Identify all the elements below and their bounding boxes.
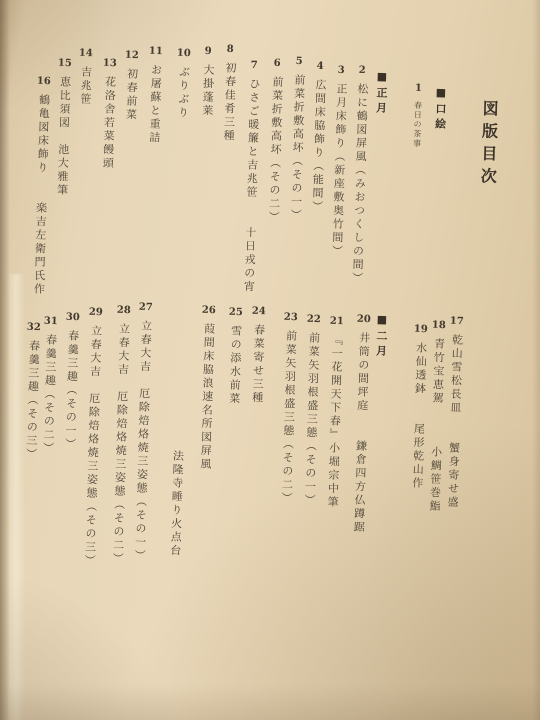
page-right-shade	[532, 0, 540, 720]
item-text: 吉兆笹	[78, 66, 92, 107]
item-text: 松に鶴図屏風（みおつくしの間）	[350, 83, 368, 286]
toc-item: 5 前菜折敷高坏（その一）	[288, 57, 305, 223]
item-number: 15	[58, 59, 72, 69]
toc-item: 12 初春前菜	[123, 51, 139, 122]
toc-item-continuation: 法隆寺睡り火点台	[168, 450, 184, 558]
item-text: 立春大吉 厄除焙烙焼三姿態（その三）	[82, 325, 101, 568]
item-text: 鶴亀図床飾り 楽吉左衛門氏作	[32, 94, 50, 297]
toc-item: 26 葭間床脇浪速名所図屏風	[197, 306, 216, 472]
item-text: 恵比須図 池大雅筆	[55, 76, 71, 198]
item-number: 4	[317, 62, 324, 72]
item-number: 25	[229, 308, 243, 318]
item-text: 雪の添水前菜	[227, 325, 242, 406]
item-text: 初春佳肴三種	[221, 62, 236, 143]
item-number: 10	[177, 49, 191, 59]
section-heading-kuchie: ■口絵	[433, 86, 447, 133]
item-text: 青竹宝恵駕 小鯛笹巻鮨	[427, 338, 445, 514]
toc-item: 9 大掛蓬莱	[200, 47, 215, 118]
toc-item: 15 恵比須図 池大雅筆	[54, 59, 72, 198]
item-text: 春羹三趣（その三）	[24, 340, 40, 462]
item-text: 春羹三趣（その一）	[63, 330, 79, 452]
item-text: 春日の茶事	[412, 101, 423, 149]
section-heading-nigatsu: ■二月	[374, 313, 388, 360]
item-text: 立春大吉 厄除焙烙焼三姿態（その二）	[110, 323, 129, 566]
item-number: 2	[359, 66, 366, 76]
toc-item: 10 ぶりぶり	[175, 49, 191, 120]
toc-item: 23 前菜矢羽根盛三態（その二）	[279, 313, 298, 506]
item-number: 17	[450, 317, 464, 327]
item-number: 1	[415, 84, 422, 94]
item-number: 12	[125, 51, 139, 61]
item-number: 3	[338, 66, 345, 76]
toc-item: 1 春日の茶事	[412, 84, 423, 149]
item-number: 29	[89, 308, 103, 318]
item-number: 9	[205, 47, 212, 57]
item-text: 乾山雪松長皿 蟹身寄せ盛	[445, 334, 463, 510]
item-text: 初春前菜	[124, 68, 138, 122]
item-text: ぶりぶり	[176, 66, 190, 120]
item-number: 7	[251, 61, 258, 71]
item-number: 23	[284, 313, 298, 323]
item-text: お屠蘇と重詰	[147, 64, 162, 145]
item-text: 前菜矢羽根盛三態（その一）	[302, 332, 320, 508]
item-text: 大掛蓬莱	[200, 64, 214, 118]
toc-item: 24 春菜寄せ三種	[249, 307, 266, 405]
item-number: 22	[307, 315, 321, 325]
item-text: 正月床飾り（新座敷奥竹間）	[330, 83, 348, 259]
item-number: 16	[37, 77, 51, 87]
item-text: 前菜折敷高坏（その一）	[288, 74, 305, 223]
toc-item: 16 鶴亀図床飾り 楽吉左衛門氏作	[31, 77, 51, 297]
toc-item: 13 花洛舎若菜饅頭	[100, 59, 117, 171]
item-text: 花洛舎若菜饅頭	[101, 76, 116, 171]
item-text: 立春大吉 厄除焙烙焼三姿態（その一）	[132, 320, 151, 563]
item-text: 水仙透鉢 尾形乾山作	[410, 342, 427, 491]
item-text: 広間床脇飾り（能間）	[310, 79, 326, 214]
item-number: 13	[103, 59, 117, 69]
item-text: 前菜折敷高坏（その二）	[266, 76, 283, 225]
toc-item: 20 井筒の間坪庭 鎌倉四方仏蹲踞	[351, 315, 371, 535]
toc-item: 29 立春大吉 厄除焙烙焼三姿態（その三）	[82, 308, 103, 568]
item-text: 『一花開天下春』小堀宗中筆	[325, 334, 343, 510]
item-number: 31	[44, 317, 58, 327]
section-heading-shogatsu: ■正月	[374, 70, 388, 117]
toc-item: 11 お屠蘇と重詰	[146, 47, 163, 145]
item-number: 30	[66, 313, 80, 323]
item-number: 20	[357, 315, 371, 325]
toc-item: 2 松に鶴図屏風（みおつくしの間）	[350, 66, 369, 286]
item-number: 28	[117, 306, 131, 316]
toc-item: 6 前菜折敷高坏（その二）	[266, 59, 283, 225]
item-number: 27	[139, 303, 153, 313]
item-text: 葭間床脇浪速名所図屏風	[198, 323, 215, 472]
toc-item: 4 広間床脇飾り（能間）	[310, 62, 327, 214]
item-number: 11	[149, 47, 163, 57]
toc-item: 27 立春大吉 厄除焙烙焼三姿態（その一）	[132, 303, 153, 563]
item-number: 19	[414, 325, 428, 335]
item-number: 26	[202, 306, 216, 316]
toc-item: 8 初春佳肴三種	[221, 45, 236, 143]
page-title: 図版目次	[477, 100, 498, 190]
item-text: 前菜矢羽根盛三態（その二）	[279, 330, 297, 506]
toc-item: 21 『一花開天下春』小堀宗中筆	[325, 317, 344, 510]
section-heading-label: ■口絵	[433, 86, 447, 133]
item-number: 18	[432, 321, 446, 331]
section-heading-label: ■正月	[374, 70, 388, 117]
item-number: 8	[227, 45, 234, 55]
item-number: 14	[79, 49, 93, 59]
toc-item: 30 春羹三趣（その一）	[62, 313, 80, 452]
toc-item: 22 前菜矢羽根盛三態（その一）	[302, 315, 321, 508]
toc-item: 25 雪の添水前菜	[226, 308, 243, 406]
item-number: 21	[330, 317, 344, 327]
page-title-column: 図版目次	[477, 100, 498, 190]
item-number: 5	[296, 57, 303, 67]
toc-item: 28 立春大吉 厄除焙烙焼三姿態（その二）	[110, 306, 131, 566]
toc-item: 3 正月床飾り（新座敷奥竹間）	[330, 66, 348, 259]
item-text: 井筒の間坪庭 鎌倉四方仏蹲踞	[352, 332, 370, 535]
item-text: 春菜寄せ三種	[250, 324, 265, 405]
item-text: 法隆寺睡り火点台	[168, 450, 184, 558]
item-text: ひさご暖簾と吉兆笹 十日戎の宵	[241, 78, 260, 294]
toc-item: 17 乾山雪松長皿 蟹身寄せ盛	[445, 317, 464, 510]
toc-item: 14 吉兆笹	[77, 49, 93, 107]
toc-item: 32 春羹三趣（その三）	[23, 323, 41, 462]
page-curl-highlight	[7, 274, 25, 720]
toc-item: 7 ひさご暖簾と吉兆笹 十日戎の宵	[241, 61, 260, 294]
toc-item: 19 水仙透鉢 尾形乾山作	[409, 325, 428, 491]
item-number: 24	[252, 307, 266, 317]
toc-item: 31 春羹三趣（その二）	[40, 317, 58, 456]
section-heading-label: ■二月	[374, 313, 388, 360]
toc-item: 18 青竹宝恵駕 小鯛笹巻鮨	[427, 321, 446, 514]
book-page-photo: 図版目次 ■口絵 1 春日の茶事 ■正月 2 松に鶴図屏風（みおつくしの間） 3…	[0, 0, 540, 720]
item-text: 春羹三趣（その二）	[41, 334, 57, 456]
item-number: 6	[274, 59, 281, 69]
item-number: 32	[27, 323, 41, 333]
